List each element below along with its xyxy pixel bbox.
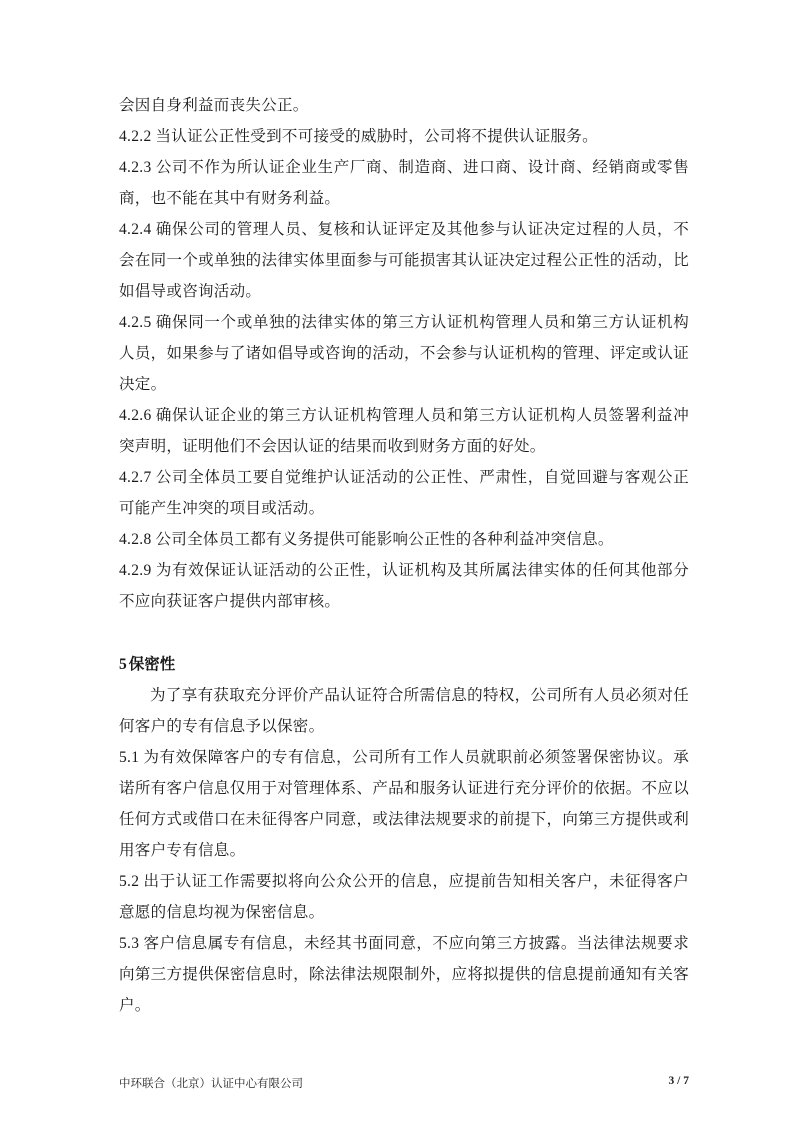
- section-spacer: [119, 617, 689, 648]
- clause-4-2-7: 4.2.7公司全体员工要自觉维护认证活动的公正性、严肃性，自觉回避与客观公正可能…: [119, 462, 689, 524]
- clause-5-3: 5.3客户信息属专有信息，未经其书面同意，不应向第三方披露。当法律法规要求向第三…: [119, 928, 689, 1021]
- clause-4-2-2: 4.2.2当认证公正性受到不可接受的威胁时，公司将不提供认证服务。: [119, 121, 689, 152]
- clause-4-2-5: 4.2.5确保同一个或单独的法律实体的第三方认证机构管理人员和第三方认证机构人员…: [119, 307, 689, 400]
- page-number: 3 / 7: [669, 1075, 689, 1091]
- clause-4-2-6: 4.2.6确保认证企业的第三方认证机构管理人员和第三方认证机构人员签署利益冲突声…: [119, 400, 689, 462]
- clause-4-2-8: 4.2.8公司全体员工都有义务提供可能影响公正性的各种利益冲突信息。: [119, 524, 689, 555]
- page-body: 会因自身利益而丧失公正。 4.2.2当认证公正性受到不可接受的威胁时，公司将不提…: [119, 90, 689, 1021]
- page-footer: 中环联合（北京）认证中心有限公司 3 / 7: [119, 1075, 689, 1091]
- section-5-heading: 5保密性: [119, 648, 689, 680]
- clause-5-2: 5.2出于认证工作需要拟将向公众公开的信息，应提前告知相关客户，未征得客户意愿的…: [119, 866, 689, 928]
- clause-4-2-3: 4.2.3公司不作为所认证企业生产厂商、制造商、进口商、设计商、经销商或零售商，…: [119, 152, 689, 214]
- footer-company-name: 中环联合（北京）认证中心有限公司: [119, 1075, 303, 1091]
- clause-4-2-4: 4.2.4确保公司的管理人员、复核和认证评定及其他参与认证决定过程的人员，不会在…: [119, 214, 689, 307]
- document-page: 会因自身利益而丧失公正。 4.2.2当认证公正性受到不可接受的威胁时，公司将不提…: [0, 0, 808, 1142]
- clause-4-2-9: 4.2.9为有效保证认证活动的公正性，认证机构及其所属法律实体的任何其他部分不应…: [119, 555, 689, 617]
- clause-5-1: 5.1为有效保障客户的专有信息，公司所有工作人员就职前必须签署保密协议。承诺所有…: [119, 742, 689, 866]
- section-5-intro: 为了享有获取充分评价产品认证符合所需信息的特权，公司所有人员必须对任何客户的专有…: [119, 680, 689, 742]
- paragraph-continuation: 会因自身利益而丧失公正。: [119, 90, 689, 121]
